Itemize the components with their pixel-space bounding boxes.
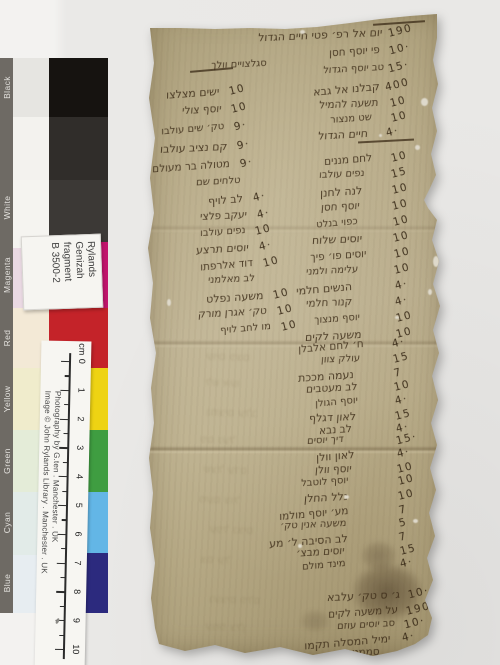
handwritten-line: פי יוסף חסן10· [145, 44, 445, 58]
handwritten-line: משעה אנין טק׳5 [145, 518, 445, 532]
handwritten-line: נפים עולבו15 [145, 168, 445, 182]
ruler-number: 0 [77, 352, 87, 370]
ruler-number: 9 [71, 611, 81, 629]
handwritten-line: לב מעטבים10 [145, 381, 445, 395]
handwritten-line: עולק צוון15 [145, 353, 445, 367]
amount-figure: 10 [389, 94, 408, 110]
handwritten-line: יוסף חסן10 [145, 200, 445, 214]
ruler-number: 6 [73, 525, 83, 543]
ruler-minor-tick [64, 404, 69, 405]
handwritten-text: דיך יוסים [307, 434, 344, 447]
ruler-number: 8 [72, 583, 82, 601]
color-calibration-chart: BlackWhiteMagentaRedYellowGreenCyanBlue … [0, 58, 108, 613]
handwritten-text: לאון וולן [316, 448, 354, 464]
credit-photography: Photography by G.ten . Manchester . UK [50, 391, 62, 543]
ruler-minor-tick [65, 375, 70, 376]
amount-figure: 10 [392, 229, 411, 245]
color-name-label: White [0, 170, 13, 245]
amount-figure: 7 [393, 366, 404, 380]
ruler-number: 10 [71, 640, 81, 658]
handwritten-text: עולק צוון [321, 353, 361, 366]
id-line-2: Genizah [72, 241, 86, 307]
color-name-label: Black [0, 58, 13, 117]
amount-figure: 10· [388, 41, 411, 58]
paper-hole [433, 256, 439, 267]
handwritten-text: יוסים פו׳ פיך [310, 248, 366, 264]
handwritten-text: יוסף הגולן [315, 395, 358, 410]
ruler-minor-tick [60, 606, 65, 607]
paper-hole [415, 145, 420, 150]
handwritten-text: מינד מולם [303, 558, 347, 573]
amount-figure: 4· [394, 278, 410, 293]
amount-figure: 10 [393, 245, 412, 261]
paper-hole [298, 544, 302, 548]
handwritten-line: סממנים [145, 646, 445, 660]
fragment-id-card: Rylands Genizah fragment B 3500-2 [21, 234, 104, 311]
handwritten-text: יום אל רפ׳ פטי חיים הגדול [257, 26, 382, 44]
handwritten-line: יוסף הגולן4· [145, 395, 445, 409]
amount-figure: 190 [387, 22, 414, 40]
amount-figure: 10 [397, 487, 416, 503]
ruler-minor-tick [61, 548, 66, 549]
color-patch [49, 58, 108, 117]
amount-figure: 10 [397, 472, 416, 488]
amount-figure: 10 [393, 261, 412, 277]
amount-figure: 10 [390, 109, 409, 125]
photo-backdrop: BlackWhiteMagentaRedYellowGreenCyanBlue … [0, 0, 500, 665]
ruler-scale: cm 012345678910 Photography by G.ten . M… [35, 341, 92, 665]
handwritten-text: יוסים שלוח [311, 232, 362, 247]
handwritten-text: לב מעטבים [305, 381, 357, 396]
color-name-text: Cyan [0, 492, 13, 553]
handwritten-line: יוסים שלוח10 [145, 232, 445, 246]
amount-figure: 7 [398, 503, 409, 517]
color-name-label: Yellow [0, 368, 13, 430]
amount-figure: 4· [385, 125, 401, 140]
ruler-number: 2 [76, 410, 86, 428]
color-name-label: Blue [0, 553, 13, 613]
amount-figure: 10 [393, 378, 412, 394]
amount-figure: 4· [401, 630, 417, 645]
paper-hole [167, 299, 171, 306]
amount-figure: 10 [391, 197, 410, 213]
handwritten-line: קנור חלמי4· [145, 296, 445, 310]
handwritten-text: משעה אנין טק׳ [279, 518, 346, 532]
id-line-1: Rylands [84, 241, 98, 307]
paper-hole [439, 330, 444, 339]
handwritten-text: קנור חלמי [305, 296, 352, 310]
handwritten-line: לב הסיבה ל׳ מע7 [145, 532, 445, 546]
handwritten-line: יוסים פו׳ פיך10 [145, 248, 445, 262]
color-name-text: Red [0, 308, 13, 368]
handwritten-text: יוסף מנצוך [314, 312, 360, 326]
handwritten-text: שט מנצור [330, 112, 372, 126]
ruler-card: cm 012345678910 Photography by G.ten . M… [35, 341, 92, 665]
ruler-tick [57, 562, 66, 563]
amount-figure: 4· [396, 446, 412, 461]
handwritten-line: הנשים חלמי4· [145, 280, 445, 294]
handwritten-line: דיך יוסים15· [145, 434, 445, 448]
handwritten-line: ח׳ לחם אלבלן4· [145, 338, 445, 352]
handwritten-text: טב יוסף הגדול [323, 62, 385, 76]
handwritten-line: יוסף לוטבל10 [145, 475, 445, 489]
amount-figure: 10 [391, 181, 410, 197]
ruler-minor-tick [62, 491, 67, 492]
color-name-text: Blue [0, 553, 13, 613]
handwritten-text: לחם מננים [324, 152, 372, 168]
handwritten-line: קבלנו אל גבא400 [145, 80, 445, 94]
color-name-label: Green [0, 430, 13, 492]
handwritten-text: כפוי בנלט [316, 216, 358, 231]
color-name-label: Red [0, 308, 13, 368]
handwritten-line: עלימה ולמני10 [145, 264, 445, 278]
handwritten-line: לנה לחנן10 [145, 184, 445, 198]
color-name-text: Black [0, 58, 13, 117]
handwritten-line: שט מנצור10 [145, 112, 445, 126]
id-line-3: fragment [60, 242, 74, 308]
color-patch [49, 117, 108, 180]
handwritten-line: טב יוסף הגדול15· [145, 62, 445, 76]
handwritten-line: ימיל המסלה תקמו4· [145, 632, 445, 646]
amount-figure: 400 [384, 76, 411, 94]
color-name-text: Magenta [0, 242, 13, 308]
handwritten-line: תשעה להמיל10 [145, 97, 445, 111]
ruler-tick [55, 649, 64, 650]
paper-hole [379, 134, 382, 137]
ruler-number: 1 [76, 381, 86, 399]
handwritten-text: נלל החלן [303, 490, 348, 506]
amount-figure: 15 [392, 350, 411, 366]
handwritten-line: לחם מננים10 [145, 152, 445, 166]
handwritten-line: יוסף מנצוך10 [145, 312, 445, 326]
ruler-number: 5 [74, 496, 84, 514]
handwritten-text: סממנים [345, 646, 381, 660]
handwritten-line: יום אל רפ׳ פטי חיים הגדול190 [145, 26, 445, 40]
credit-image: Image © John Rylands Library . Mancheste… [40, 391, 53, 574]
ruler-minor-tick [63, 462, 68, 463]
paper-hole [395, 316, 399, 319]
stain [355, 536, 403, 576]
amount-figure: 5 [398, 516, 409, 530]
ruler-number: 4 [74, 467, 84, 485]
ruler-minor-tick [59, 635, 64, 636]
color-name-text: Green [0, 430, 13, 492]
handwritten-text: פי יוסף חסן [329, 44, 380, 60]
handwritten-text: יוסף לוטבל [301, 475, 348, 489]
amount-figure: 15· [387, 59, 410, 76]
amount-figure: 10 [392, 213, 411, 229]
manuscript-fragment-wrap: עוים פצםלש אעונמצים עלבפם נעלשצל עדםמעם … [145, 8, 445, 656]
fragment-id-text: Rylands Genizah fragment B 3500-2 [22, 235, 102, 310]
ruler-minor-tick [60, 577, 65, 578]
paper-hole [428, 289, 432, 295]
ruler-tick [61, 361, 70, 362]
paper-hole [421, 98, 428, 106]
paper-hole [413, 519, 418, 523]
ruler-number: 3 [75, 439, 85, 457]
ruler-minor-tick [62, 519, 67, 520]
handwritten-text: לנה לחנן [320, 184, 362, 200]
handwritten-line: נלל החלן10 [145, 490, 445, 504]
ruler-number: 7 [73, 554, 83, 572]
amount-figure: 4· [394, 294, 410, 309]
paper-hole [300, 30, 305, 34]
handwritten-line: לאון וולן4· [145, 448, 445, 462]
tint-patch [13, 117, 49, 180]
amount-figure: 10 [390, 149, 409, 165]
paper-hole [344, 495, 349, 499]
handwritten-text: עלימה ולמני [305, 264, 358, 278]
amount-figure: 15 [390, 165, 409, 181]
amount-figure: 4· [394, 393, 410, 408]
ruler-minor-tick [64, 433, 69, 434]
handwritten-text: תשעה להמיל [318, 97, 378, 112]
color-name-label: Cyan [0, 492, 13, 553]
ruler-tick [56, 591, 65, 592]
handwritten-text: יוסף חסן [321, 200, 361, 214]
amount-figure: 4· [391, 336, 407, 351]
stain [295, 606, 335, 636]
manuscript-fragment: עוים פצםלש אעונמצים עלבפם נעלשצל עדםמעם … [145, 8, 445, 656]
color-name-label: Magenta [0, 242, 13, 308]
handwritten-line: כפוי בנלט10 [145, 216, 445, 230]
id-line-4: B 3500-2 [48, 242, 62, 308]
tint-patch [13, 58, 49, 117]
amount-figure: 7 [398, 530, 409, 544]
handwritten-text: נפים עולבו [318, 168, 364, 181]
color-name-text: Yellow [0, 368, 13, 430]
color-name-text: White [0, 170, 13, 245]
